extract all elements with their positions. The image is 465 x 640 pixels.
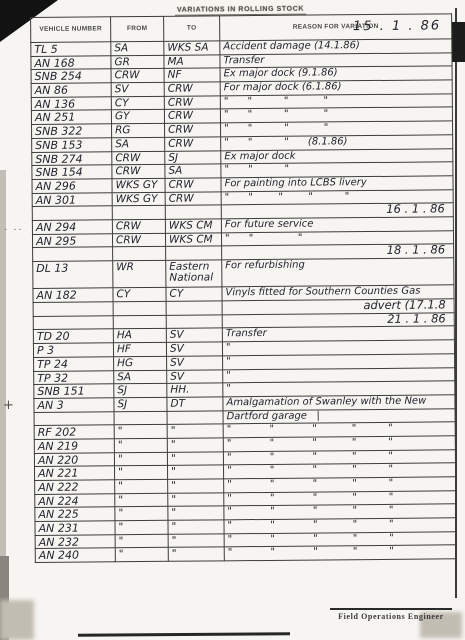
handwritten-text [115,411,167,412]
from-cell: CY [113,288,166,302]
to-cell: " [168,547,224,561]
table-row: DL 13WREastern NationalFor refurbishing [33,258,454,289]
handwritten-text: " " " " " [224,491,455,505]
handwritten-text: Amalgamation of Swanley with the New [223,395,454,409]
to-cell: SV [167,356,223,370]
from-cell: HF [113,342,166,356]
from-cell: SJ [114,384,167,398]
col-header-vehicle-number: VEHICLE NUMBER [31,17,111,43]
handwritten-text: " " " " " [225,532,456,546]
handwritten-text: SJ [165,151,220,163]
handwritten-date: 15 . 1 . 86 [353,18,441,35]
vehicle-cell: AN 294 [32,220,112,234]
handwritten-text: Transfer [223,327,454,341]
handwritten-text [166,247,221,248]
handwritten-text: " [223,340,454,354]
table-header-row: VEHICLE NUMBER FROM TO REASON FOR VARIAT… [31,14,452,43]
from-cell: " [115,479,168,493]
to-cell [166,301,222,315]
handwritten-text: SV [167,342,222,354]
handwritten-text [166,206,221,207]
vehicle-cell: AN 168 [31,55,111,69]
vehicle-cell [33,316,113,330]
from-cell: " [115,548,168,562]
handwritten-text: AN 220 [35,453,114,466]
to-cell: " [168,534,224,548]
handwritten-text: " [116,548,168,560]
handwritten-text: HH. [167,384,222,396]
handwritten-text: AN 224 [35,494,114,507]
scanned-document-page: + - -- VARIATIONS IN ROLLING STOCK VEHIC… [0,0,465,640]
handwritten-text: " [115,466,167,478]
from-cell: " [114,425,167,439]
vehicle-cell: AN 136 [31,97,111,111]
handwritten-text: WR [113,261,165,273]
to-cell: SV [166,328,222,342]
handwritten-text: AN 240 [36,549,115,562]
handwritten-text: For future service [222,217,453,231]
handwritten-text: AN 251 [32,111,111,124]
to-cell: " [167,451,223,465]
handwritten-text: " [115,480,167,492]
handwritten-text: WKS SA [164,41,219,53]
vehicle-cell: SNB 322 [32,124,112,138]
to-cell: CRW [165,178,221,192]
from-cell: RG [112,123,165,137]
handwritten-text: " " " " [221,108,452,122]
handwritten-text: " " " " " [224,505,455,519]
handwritten-date: 18 . 1 . 86 [387,245,446,257]
handwritten-text: SV [112,83,164,95]
handwritten-text: GR [111,56,163,68]
handwritten-text: CRW [113,233,165,245]
handwritten-text: " [168,452,223,464]
handwritten-text: SA [112,138,164,150]
from-cell: WKS GY [112,178,165,192]
to-cell [167,410,223,424]
to-cell: CRW [164,109,220,123]
handwritten-text [167,301,222,302]
handwritten-text: " [168,493,223,505]
handwritten-text: " [168,479,223,491]
from-cell: " [115,493,168,507]
to-cell: " [167,438,223,452]
handwritten-text [113,247,165,248]
from-cell: SA [112,137,165,151]
handwritten-text: " [223,368,454,382]
to-cell: SV [166,342,222,356]
handwritten-text: CRW [165,110,220,122]
margin-plus-mark: + [3,398,14,413]
vehicle-cell: TP 32 [34,370,114,384]
from-cell [114,411,167,425]
vehicle-cell [33,302,113,316]
signature-label: Field Operations Engineer [330,612,452,621]
handwritten-text: For major dock (6.1.86) [221,80,452,94]
to-cell: " [167,465,223,479]
vehicle-cell: AN 295 [32,233,112,247]
handwritten-text: SV [167,356,222,368]
col-header-reason: REASON FOR VARIATION 15 . 1 . 86 [220,14,452,41]
handwritten-text: " [168,438,223,450]
handwritten-text: " [168,425,223,437]
handwritten-text: WKS GY [113,192,165,204]
handwritten-text: " [223,354,454,368]
vehicle-cell: SNB 153 [32,138,112,152]
handwritten-text: AN 294 [33,220,112,233]
from-cell [113,315,166,329]
vehicle-cell: AN 296 [32,179,112,193]
reason-cell: For refurbishing [222,258,454,287]
handwritten-text: " " " " " [225,546,456,560]
handwritten-text [34,302,113,304]
from-cell: " [115,520,168,534]
signature-line [330,608,452,610]
scan-artifact-smudge [0,600,34,640]
vehicle-cell: AN 86 [31,83,111,97]
handwritten-text: " [169,548,224,560]
scan-artifact-bottom-edge [78,632,290,636]
handwritten-text [35,412,114,414]
handwritten-text: TP 32 [34,371,113,384]
handwritten-text: AN 295 [33,234,112,247]
vehicle-cell [34,411,114,425]
table-body: TL 5SAWKS SAAccident damage (14.1.86)AN … [31,39,457,563]
handwritten-text: " [115,521,167,533]
vehicle-cell: AN 182 [33,288,113,302]
handwritten-text: For painting into LCBS livery [221,176,452,190]
to-cell [166,246,222,260]
handwritten-text: SNB 322 [32,124,111,137]
handwritten-text: SNB 274 [32,152,111,165]
handwritten-text: AN 182 [33,289,112,302]
handwritten-text: Accident damage (14.1.86) [220,39,451,53]
handwritten-text [114,302,166,303]
handwritten-text [33,207,112,209]
handwritten-text [167,315,222,316]
vehicle-cell [32,206,112,220]
handwritten-text: SV [167,370,222,382]
handwritten-text: " " " " [221,121,452,135]
handwritten-date: 16 . 1 . 86 [386,204,445,216]
handwritten-text: NF [165,69,220,81]
handwritten-text: Eastern National [166,260,221,284]
handwritten-text: Transfer [220,53,451,67]
to-cell: CRW [165,123,221,137]
to-cell: " [168,479,224,493]
handwritten-text: SNB 154 [32,165,111,178]
to-cell: SV [167,369,223,383]
handwritten-text: CRW [165,178,220,190]
handwritten-text [33,248,112,250]
from-cell: CY [111,96,164,110]
handwritten-text: AN 136 [32,97,111,110]
vehicle-cell: AN 232 [35,535,115,549]
to-cell: CRW [164,82,220,96]
handwritten-text: " [115,452,167,464]
to-cell: CRW [164,96,220,110]
margin-dash-mark: - -- [4,224,24,234]
handwritten-text: CY [112,97,164,109]
handwritten-text: CY [113,288,165,300]
to-cell: " [167,424,223,438]
handwritten-text: SV [167,329,222,341]
from-cell: GY [111,110,164,124]
vehicle-cell: AN 222 [35,480,115,494]
handwritten-text: " [115,494,167,506]
vehicle-cell: TD 20 [33,329,113,343]
to-cell: " [168,506,224,520]
handwritten-text: " " " (8.1.86) [221,135,452,149]
handwritten-text: AN 168 [31,56,110,69]
to-cell: SA [165,164,221,178]
handwritten-text: AN 301 [33,193,112,206]
from-cell: SA [114,370,167,384]
handwritten-text: TP 24 [34,357,113,370]
vehicle-cell: P 3 [33,343,113,357]
to-cell: WKS CM [165,219,221,233]
handwritten-text: SA [165,165,220,177]
scan-artifact-right-patch [452,22,465,62]
from-cell: HA [113,329,166,343]
handwritten-text: AN 221 [35,467,114,480]
to-cell: MA [164,55,220,69]
from-cell: CRW [112,233,165,247]
handwritten-text [168,411,223,412]
vehicle-cell: AN 231 [35,521,115,535]
handwritten-text: SA [114,370,166,382]
handwritten-text: CRW [165,82,220,94]
vehicle-cell: SNB 254 [31,69,111,83]
handwritten-text: " " " " " [224,436,455,450]
handwritten-text: CRW [165,96,220,108]
from-cell [113,247,166,261]
from-cell: SA [111,41,164,55]
handwritten-text: CRW [112,165,164,177]
handwritten-text: " " " " " [224,518,455,532]
to-cell: WKS CM [165,232,221,246]
from-cell: SV [111,82,164,96]
handwritten-text: " [168,466,223,478]
from-cell: WKS GY [112,192,165,206]
from-cell: CRW [112,151,165,165]
handwritten-text: CRW [113,220,165,232]
from-cell [112,206,165,220]
vehicle-cell: SNB 151 [34,384,114,398]
to-cell [165,205,221,219]
handwritten-text: HG [114,357,166,369]
handwritten-text: " " " [221,163,452,177]
to-cell: SJ [165,150,221,164]
handwritten-text: TD 20 [34,330,113,343]
vehicle-cell: SNB 274 [32,151,112,165]
handwritten-text: MA [164,55,219,67]
from-cell: CRW [112,165,165,179]
to-cell: " [168,493,224,507]
reason-cell: " " " " " [224,545,456,561]
vehicle-cell: AN 219 [34,439,114,453]
vehicle-cell: AN 221 [35,466,115,480]
handwritten-text: SA [111,42,163,54]
handwritten-text: " " " " " [224,423,455,437]
handwritten-text: Dartford garage | [224,409,455,423]
handwritten-text: " " " " " [224,450,455,464]
to-cell: NF [164,68,220,82]
to-cell: Eastern National [166,260,222,288]
handwritten-text: HA [114,329,166,341]
vehicle-cell [33,247,113,261]
handwritten-text: AN 222 [35,480,114,493]
from-cell: " [114,438,167,452]
vehicle-cell: AN 225 [35,507,115,521]
handwritten-text: SJ [114,384,166,396]
to-cell: " [168,520,224,534]
from-cell: HG [114,356,167,370]
handwritten-text: CRW [112,151,164,163]
to-cell: CRW [165,191,221,205]
handwritten-text: SNB 153 [32,138,111,151]
handwritten-text: CRW [165,123,220,135]
from-cell: SJ [114,397,167,411]
handwritten-date: advert (17.1.8 [363,299,445,311]
handwritten-date: 21 . 1 . 86 [387,313,446,325]
to-cell: DT [167,397,223,411]
from-cell: GR [111,55,164,69]
handwritten-text [34,316,113,318]
handwritten-text: WKS GY [112,179,164,191]
vehicle-cell: DL 13 [33,261,113,289]
vehicle-cell: AN 3 [34,398,114,412]
vehicle-cell: AN 224 [35,493,115,507]
handwritten-text: TL 5 [31,42,110,55]
table-row: AN 240""" " " " " [35,545,456,562]
handwritten-text: AN 219 [35,439,114,452]
vehicle-cell: AN 220 [34,452,114,466]
handwritten-text: " [116,535,168,547]
handwritten-text: DT [167,397,222,409]
handwritten-text: AN 3 [34,398,113,411]
from-cell: WR [113,260,166,288]
handwritten-text: GY [112,110,164,122]
handwritten-text: " [169,534,224,546]
handwritten-text: AN 232 [36,535,115,548]
handwritten-text: For refurbishing [222,258,453,272]
vehicle-cell: AN 301 [32,192,112,206]
variations-table: VEHICLE NUMBER FROM TO REASON FOR VARIAT… [30,13,457,563]
handwritten-text: CRW [112,69,164,81]
handwritten-text: WKS CM [166,233,221,245]
from-cell: CRW [111,69,164,83]
handwritten-text: Ex major dock [221,149,452,163]
handwritten-text: DL 13 [33,261,112,274]
handwritten-text: Ex major dock (9.1.86) [221,67,452,81]
from-cell: " [115,534,168,548]
vehicle-cell: TP 24 [34,357,114,371]
handwritten-text: P 3 [34,343,113,356]
handwritten-text: " " " " [221,94,452,108]
handwritten-text: " " " " " [224,464,455,478]
handwritten-text [114,316,166,317]
from-cell: CRW [112,219,165,233]
handwritten-text: " [223,382,454,396]
col-header-to: TO [164,16,220,41]
from-cell: " [115,466,168,480]
handwritten-text [113,206,165,207]
from-cell: " [115,507,168,521]
handwritten-text: HF [114,343,166,355]
handwritten-text: AN 296 [32,179,111,192]
signature-block: Field Operations Engineer [330,608,452,621]
vehicle-cell: AN 240 [35,548,115,562]
from-cell: " [114,452,167,466]
vehicle-cell: RF 202 [34,425,114,439]
handwritten-text: " [115,507,167,519]
to-cell: HH. [167,383,223,397]
handwritten-text: " [168,520,223,532]
variations-form: VARIATIONS IN ROLLING STOCK VEHICLE NUMB… [30,4,456,563]
handwritten-text: SJ [114,398,166,410]
handwritten-text: AN 225 [35,508,114,521]
handwritten-text: RG [112,124,164,136]
handwritten-text: " " " " " [224,477,455,491]
handwritten-text: " [168,507,223,519]
handwritten-text: CRW [166,192,221,204]
to-cell: CY [166,287,222,301]
to-cell [166,315,222,329]
handwritten-text: SNB 151 [34,384,113,397]
handwritten-text: AN 86 [32,83,111,96]
to-cell: WKS SA [164,41,220,55]
handwritten-text: SNB 254 [32,70,111,83]
handwritten-text: RF 202 [35,426,114,439]
to-cell: CRW [165,137,221,151]
handwritten-text: CY [166,288,221,300]
vehicle-cell: SNB 154 [32,165,112,179]
vehicle-cell: TL 5 [31,42,111,56]
handwritten-text: WKS CM [166,219,221,231]
handwritten-text: " [115,425,167,437]
from-cell [113,301,166,315]
handwritten-text: AN 231 [35,521,114,534]
handwritten-text: " [115,439,167,451]
handwritten-text: CRW [165,137,220,149]
vehicle-cell: AN 251 [31,110,111,124]
col-header-from: FROM [111,16,164,41]
